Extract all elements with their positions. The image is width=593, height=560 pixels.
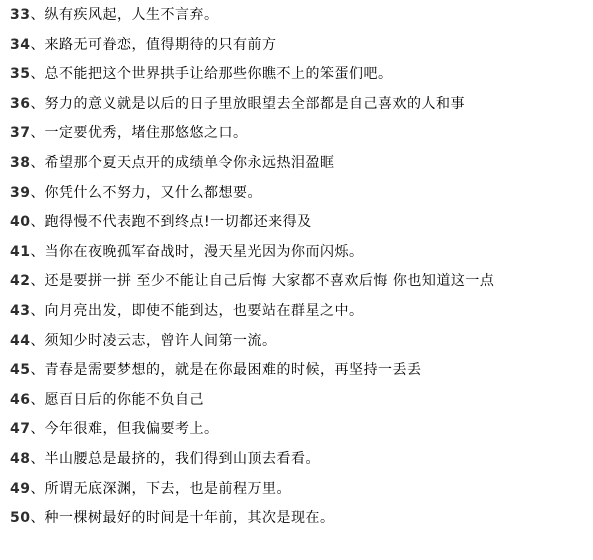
quote-number: 36 (10, 96, 30, 112)
quote-separator: 、 (30, 66, 44, 82)
quote-text: 希望那个夏天点开的成绩单令你永远热泪盈眶 (44, 155, 334, 171)
quote-text: 还是要拼一拼 至少不能让自己后悔 大家都不喜欢后悔 你也知道这一点 (44, 273, 494, 289)
quote-separator: 、 (30, 303, 44, 319)
quote-separator: 、 (30, 392, 44, 408)
quote-separator: 、 (30, 273, 44, 289)
quote-separator: 、 (30, 362, 44, 378)
list-item: 36、努力的意义就是以后的日子里放眼望去全部都是自己喜欢的人和事 (10, 93, 585, 123)
quote-separator: 、 (30, 37, 44, 53)
quote-text: 纵有疾风起，人生不言弃。 (44, 7, 218, 23)
quote-text: 青春是需要梦想的，就是在你最困难的时候，再坚持一丢丢 (44, 362, 421, 378)
quote-separator: 、 (30, 333, 44, 349)
quote-text: 今年很难，但我偏要考上。 (44, 421, 218, 437)
quote-text: 来路无可眷恋，值得期待的只有前方 (44, 37, 276, 53)
quote-separator: 、 (30, 7, 44, 23)
list-item: 39、你凭什么不努力，又什么都想要。 (10, 182, 585, 212)
quote-number: 43 (10, 303, 30, 319)
quote-separator: 、 (30, 185, 44, 201)
list-item: 38、希望那个夏天点开的成绩单令你永远热泪盈眶 (10, 152, 585, 182)
quote-number: 35 (10, 66, 30, 82)
quote-text: 努力的意义就是以后的日子里放眼望去全部都是自己喜欢的人和事 (44, 96, 465, 112)
list-item: 34、来路无可眷恋，值得期待的只有前方 (10, 34, 585, 64)
list-item: 35、总不能把这个世界拱手让给那些你瞧不上的笨蛋们吧。 (10, 63, 585, 93)
quote-text: 你凭什么不努力，又什么都想要。 (44, 185, 262, 201)
quote-number: 37 (10, 125, 30, 141)
quote-text: 愿百日后的你能不负自己 (44, 392, 204, 408)
list-item: 41、当你在夜晚孤军奋战时，漫天星光因为你而闪烁。 (10, 241, 585, 271)
list-item: 50、种一棵树最好的时间是十年前，其次是现在。 (10, 507, 585, 537)
quote-number: 49 (10, 481, 30, 497)
quote-separator: 、 (30, 451, 44, 467)
quote-number: 33 (10, 7, 30, 23)
quote-number: 44 (10, 333, 30, 349)
quote-number: 47 (10, 421, 30, 437)
list-item: 33、纵有疾风起，人生不言弃。 (10, 4, 585, 34)
quote-separator: 、 (30, 214, 44, 230)
list-item: 46、愿百日后的你能不负自己 (10, 389, 585, 419)
quote-separator: 、 (30, 155, 44, 171)
quote-text: 当你在夜晚孤军奋战时，漫天星光因为你而闪烁。 (44, 244, 363, 260)
quote-number: 42 (10, 273, 30, 289)
quote-separator: 、 (30, 125, 44, 141)
quote-separator: 、 (30, 244, 44, 260)
quote-separator: 、 (30, 96, 44, 112)
list-item: 37、一定要优秀，堵住那悠悠之口。 (10, 122, 585, 152)
quote-separator: 、 (30, 421, 44, 437)
quote-text: 种一棵树最好的时间是十年前，其次是现在。 (44, 510, 334, 526)
list-item: 44、须知少时凌云志，曾许人间第一流。 (10, 330, 585, 360)
quote-number: 46 (10, 392, 30, 408)
list-item: 47、今年很难，但我偏要考上。 (10, 418, 585, 448)
quote-separator: 、 (30, 481, 44, 497)
list-item: 49、所谓无底深渊，下去，也是前程万里。 (10, 478, 585, 508)
quote-text: 跑得慢不代表跑不到终点!一切都还来得及 (44, 214, 311, 230)
quote-text: 须知少时凌云志，曾许人间第一流。 (44, 333, 276, 349)
quote-list: 33、纵有疾风起，人生不言弃。 34、来路无可眷恋，值得期待的只有前方 35、总… (0, 0, 593, 537)
list-item: 42、还是要拼一拼 至少不能让自己后悔 大家都不喜欢后悔 你也知道这一点 (10, 270, 585, 300)
quote-separator: 、 (30, 510, 44, 526)
quote-text: 半山腰总是最挤的，我们得到山顶去看看。 (44, 451, 320, 467)
quote-text: 向月亮出发，即使不能到达，也要站在群星之中。 (44, 303, 363, 319)
quote-text: 一定要优秀，堵住那悠悠之口。 (44, 125, 247, 141)
quote-number: 34 (10, 37, 30, 53)
list-item: 43、向月亮出发，即使不能到达，也要站在群星之中。 (10, 300, 585, 330)
quote-number: 48 (10, 451, 30, 467)
list-item: 48、半山腰总是最挤的，我们得到山顶去看看。 (10, 448, 585, 478)
quote-number: 41 (10, 244, 30, 260)
quote-text: 总不能把这个世界拱手让给那些你瞧不上的笨蛋们吧。 (44, 66, 392, 82)
quote-number: 38 (10, 155, 30, 171)
list-item: 40、跑得慢不代表跑不到终点!一切都还来得及 (10, 211, 585, 241)
list-item: 45、青春是需要梦想的，就是在你最困难的时候，再坚持一丢丢 (10, 359, 585, 389)
quote-number: 40 (10, 214, 30, 230)
quote-number: 50 (10, 510, 30, 526)
quote-number: 39 (10, 185, 30, 201)
quote-text: 所谓无底深渊，下去，也是前程万里。 (44, 481, 291, 497)
quote-number: 45 (10, 362, 30, 378)
